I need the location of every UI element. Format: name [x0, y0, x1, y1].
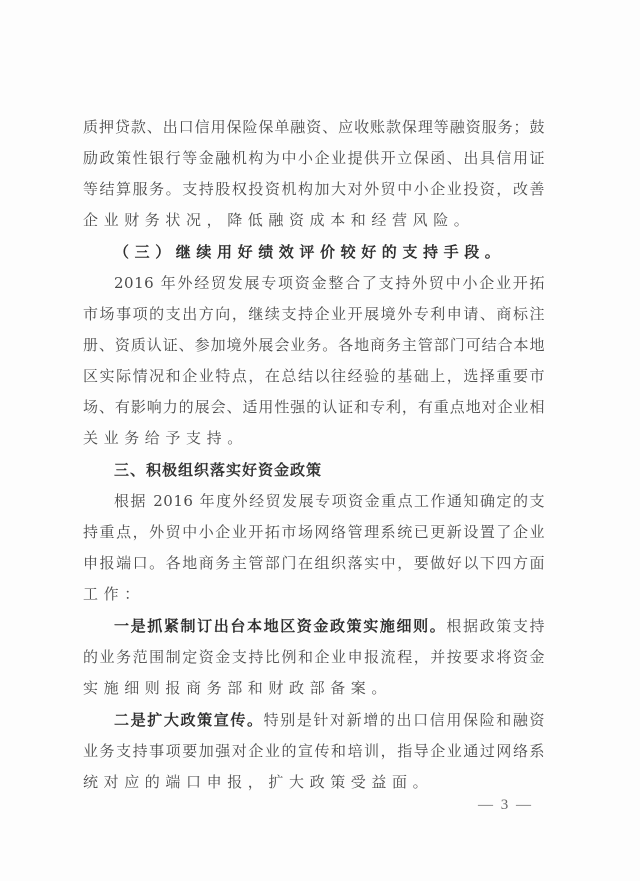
body-line: 工作：: [83, 579, 545, 610]
item-two-text: 特别是针对新增的出口信用保险和融资: [264, 711, 545, 729]
body-line: 关业务给予支持。: [83, 423, 545, 454]
body-line: 的业务范围制定资金支持比例和企业申报流程，并按要求将资金: [83, 642, 545, 673]
body-line: 企业财务状况，降低融资成本和经营风险。: [83, 205, 545, 236]
item-one-text: 根据政策支持: [446, 617, 545, 635]
item-one-line: 一是抓紧制订出台本地区资金政策实施细则。根据政策支持: [114, 611, 545, 642]
item-two-title: 二是扩大政策宣传。: [114, 711, 264, 729]
body-line: 持重点，外贸中小企业开拓市场网络管理系统已更新设置了企业: [83, 517, 545, 548]
body-line: 质押贷款、出口信用保险保单融资、应收账款保理等融资服务；鼓: [83, 112, 545, 143]
body-line: 册、资质认证、参加境外展会业务。各地商务主管部门可结合本地: [83, 330, 545, 361]
body-line: 统对应的端口申报，扩大政策受益面。: [83, 767, 545, 798]
section-heading-3: （三）继续用好绩效评价较好的支持手段。: [114, 237, 545, 268]
body-line: 2016 年外经贸发展专项资金整合了支持外贸中小企业开拓: [114, 268, 545, 299]
body-line: 申报端口。各地商务主管部门在组织落实中，要做好以下四方面: [83, 548, 545, 579]
document-page: 质押贷款、出口信用保险保单融资、应收账款保理等融资服务；鼓 励政策性银行等金融机…: [0, 0, 640, 881]
body-line: 等结算服务。支持股权投资机构加大对外贸中小企业投资，改善: [83, 174, 545, 205]
body-line: 区实际情况和企业特点，在总结以往经验的基础上，选择重要市: [83, 361, 545, 392]
body-line: 励政策性银行等金融机构为中小企业提供开立保函、出具信用证: [83, 143, 545, 174]
section-heading-three: 三、积极组织落实好资金政策: [114, 455, 545, 486]
body-line: 业务支持事项要加强对企业的宣传和培训，指导企业通过网络系: [83, 736, 545, 767]
body-line: 实施细则报商务部和财政部备案。: [83, 673, 545, 704]
item-two-line: 二是扩大政策宣传。特别是针对新增的出口信用保险和融资: [114, 705, 545, 736]
item-one-title: 一是抓紧制订出台本地区资金政策实施细则。: [114, 617, 446, 635]
body-line: 市场事项的支出方向，继续支持企业开展境外专利申请、商标注: [83, 299, 545, 330]
page-number: — 3 —: [478, 797, 533, 814]
body-line: 场、有影响力的展会、适用性强的认证和专利，有重点地对企业相: [83, 392, 545, 423]
body-line: 根据 2016 年度外经贸发展专项资金重点工作通知确定的支: [114, 486, 545, 517]
